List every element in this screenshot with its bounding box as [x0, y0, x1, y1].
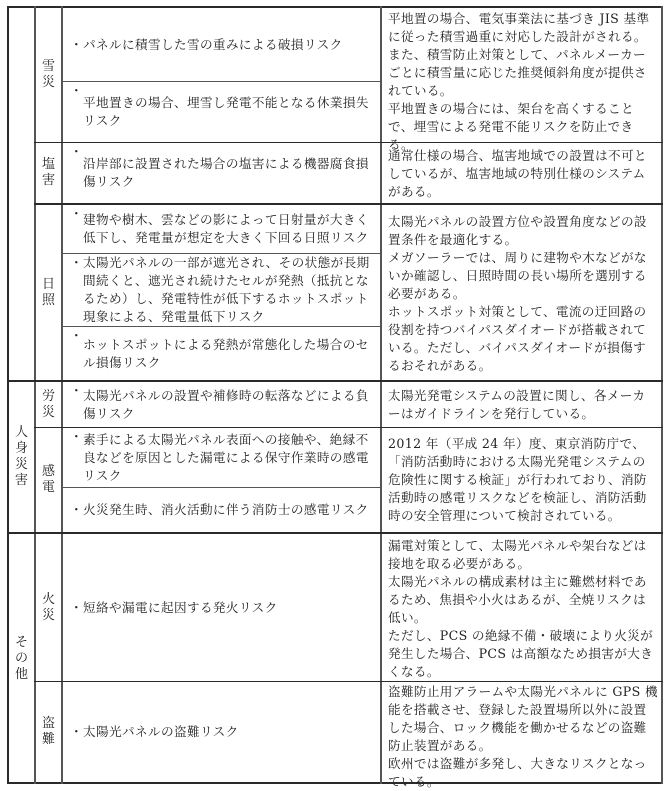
bullet: ・: [70, 428, 83, 446]
subcategory-char: 災: [42, 608, 55, 624]
category-char: 害: [15, 473, 28, 489]
note-paragraph: 通常仕様の場合、塩害地域での設置は不可としているが、塩害地域の特別仕様のシステム…: [388, 147, 658, 201]
subcategory-char: 盗: [42, 716, 55, 732]
risk-text: 沿岸部に設置された場合の塩害による機器腐食損傷リスク: [83, 155, 376, 191]
category-char: 身: [15, 441, 28, 457]
bullet: ・: [70, 82, 83, 100]
category-sonota: そ の 他: [9, 534, 34, 783]
category-char: 災: [15, 457, 28, 473]
bullet: ・: [70, 327, 83, 345]
bullet: ・: [70, 143, 83, 161]
risk-item: ・ 平地置きの場合、埋雪し発電不能となる休業損失リスク: [70, 82, 376, 142]
subcategory-char: 感: [42, 464, 55, 480]
countermeasure-note: 太陽光パネルの設置方位や設置角度などの設置条件を最適化する。 メガソーラーでは、…: [388, 213, 658, 375]
bullet: ・: [70, 723, 83, 741]
note-paragraph: 2012 年（平成 24 年）度、東京消防庁で、「消防活動時における太陽光発電シ…: [388, 435, 658, 525]
countermeasure-note: 2012 年（平成 24 年）度、東京消防庁で、「消防活動時における太陽光発電シ…: [388, 435, 658, 525]
category-char: 人: [15, 425, 28, 441]
col2-divider: [61, 6, 63, 784]
note-paragraph: ただし、PCS の絶縁不備・破壊により火災が発生した場合、PCS は高額なため損…: [388, 627, 658, 681]
risk-text: 太陽光パネルの盗難リスク: [83, 723, 376, 741]
risk-item: ・ 火災発生時、消火活動に伴う消防士の感電リスク: [70, 488, 376, 532]
note-paragraph: 太陽光パネルの設置方位や設置角度などの設置条件を最適化する。: [388, 213, 658, 249]
risk-text: 太陽光パネルの設置や補修時の転落などによる負傷リスク: [83, 387, 376, 423]
risk-text: 平地置きの場合、埋雪し発電不能となる休業損失リスク: [83, 94, 376, 130]
subcategory-char: 日: [42, 277, 55, 293]
subcategory-char: 照: [42, 293, 55, 309]
subcategory-char: 災: [42, 405, 55, 421]
risk-item: ・ 素手による太陽光パネル表面への接触や、絶縁不良などを原因とした漏電による保守…: [70, 428, 376, 487]
note-paragraph: 平地置の場合、電気事業法に基づき JIS 基準に従った積雪過重に対応した設計がさ…: [388, 10, 658, 46]
note-paragraph: また、積雪防止対策として、パネルメーカーごとに積雪量に応じた推奨傾斜角度が提供さ…: [388, 46, 658, 100]
risk-table: 人 身 災 害 そ の 他 雪 災 塩 害 日 照 労 災 感 電 火 災 盗 …: [0, 0, 670, 791]
risk-text: 短絡や漏電に起因する発火リスク: [83, 599, 376, 617]
subcategory-tounan: 盗 難: [36, 682, 61, 782]
category-jinshin-saigai: 人 身 災 害: [9, 382, 34, 532]
category-char: 他: [15, 667, 28, 683]
risk-item: ・ ホットスポットによる発熱が常態化した場合のセル損傷リスク: [70, 327, 376, 380]
countermeasure-note: 太陽光発電システムの設置に関し、各メーカーはガイドラインを発行している。: [388, 387, 658, 423]
risk-text: ホットスポットによる発熱が常態化した場合のセル損傷リスク: [83, 336, 376, 372]
countermeasure-note: 漏電対策として、太陽光パネルや架台などは接地を取る必要がある。 太陽光パネルの構…: [388, 537, 658, 681]
bullet: ・: [70, 382, 83, 400]
note-paragraph: 太陽光発電システムの設置に関し、各メーカーはガイドラインを発行している。: [388, 387, 658, 423]
risk-item: ・ 太陽光パネルの盗難リスク: [70, 682, 376, 782]
bullet: ・: [70, 501, 83, 519]
subcategory-char: 災: [42, 75, 55, 91]
table-right-border: [661, 6, 663, 784]
countermeasure-note: 盗難防止用アラームや太陽光パネルに GPS 機能を搭載させ、登録した設置場所以外…: [388, 683, 658, 791]
subcategory-kanden: 感 電: [36, 428, 61, 532]
note-paragraph: 太陽光パネルの構成素材は主に難燃材料であるため、焦損や小火はあるが、全焼リスクは…: [388, 573, 658, 627]
risk-item: ・ 短絡や漏電に起因する発火リスク: [70, 534, 376, 681]
note-paragraph: ホットスポット対策として、電流の迂回路の役割を持つバイパスダイオードが搭載されて…: [388, 303, 658, 375]
bullet: ・: [70, 36, 83, 54]
note-paragraph: 漏電対策として、太陽光パネルや架台などは接地を取る必要がある。: [388, 537, 658, 573]
risk-text: 火災発生時、消火活動に伴う消防士の感電リスク: [83, 501, 376, 519]
subcategory-char: 難: [42, 732, 55, 748]
subcategory-char: 火: [42, 592, 55, 608]
risk-text: 太陽光パネルの一部が遮光され、その状態が長期間続くと、遮光され続けたセルが発熱（…: [83, 254, 376, 326]
subcategory-rousai: 労 災: [36, 382, 61, 427]
risk-item: ・ 建物や樹木、雲などの影によって日射量が大きく低下し、発電量が想定を大きく下回…: [70, 205, 376, 253]
bullet: ・: [70, 599, 83, 617]
subcategory-kasai: 火 災: [36, 534, 61, 681]
risk-text: 素手による太陽光パネル表面への接触や、絶縁不良などを原因とした漏電による保守作業…: [83, 431, 376, 485]
subcategory-char: 雪: [42, 59, 55, 75]
note-paragraph: 平地置きの場合には、架台を高くすることで、埋雪による発電不能リスクを防止できる。: [388, 100, 658, 154]
risk-text: 建物や樹木、雲などの影によって日射量が大きく低下し、発電量が想定を大きく下回る日…: [83, 211, 376, 247]
note-paragraph: メガソーラーでは、周りに建物や木などがないか確認し、日照時間の長い場所を選別する…: [388, 249, 658, 303]
bullet: ・: [70, 205, 83, 223]
category-char: の: [15, 651, 28, 667]
subcategory-setsusai: 雪 災: [36, 8, 61, 142]
risk-item: ・ 沿岸部に設置された場合の塩害による機器腐食損傷リスク: [70, 143, 376, 203]
risk-item: ・ 太陽光パネルの設置や補修時の転落などによる負傷リスク: [70, 382, 376, 427]
note-paragraph: 欧州では盗難が多発し、大きなリスクとなっている。: [388, 755, 658, 791]
subcategory-char: 塩: [42, 157, 55, 173]
countermeasure-note: 平地置の場合、電気事業法に基づき JIS 基準に従った積雪過重に対応した設計がさ…: [388, 10, 658, 154]
risk-text: パネルに積雪した雪の重みによる破損リスク: [83, 36, 376, 54]
countermeasure-note: 通常仕様の場合、塩害地域での設置は不可としているが、塩害地域の特別仕様のシステム…: [388, 147, 658, 201]
bullet: ・: [70, 254, 83, 272]
subcategory-char: 害: [42, 173, 55, 189]
subcategory-char: 労: [42, 389, 55, 405]
col3-divider: [380, 6, 382, 784]
subcategory-nissho: 日 照: [36, 205, 61, 380]
risk-item: ・ パネルに積雪した雪の重みによる破損リスク: [70, 8, 376, 81]
risk-item: ・ 太陽光パネルの一部が遮光され、その状態が長期間続くと、遮光され続けたセルが発…: [70, 254, 376, 326]
category-char: そ: [15, 635, 28, 651]
subcategory-char: 電: [42, 480, 55, 496]
subcategory-engai: 塩 害: [36, 143, 61, 203]
note-paragraph: 盗難防止用アラームや太陽光パネルに GPS 機能を搭載させ、登録した設置場所以外…: [388, 683, 658, 755]
